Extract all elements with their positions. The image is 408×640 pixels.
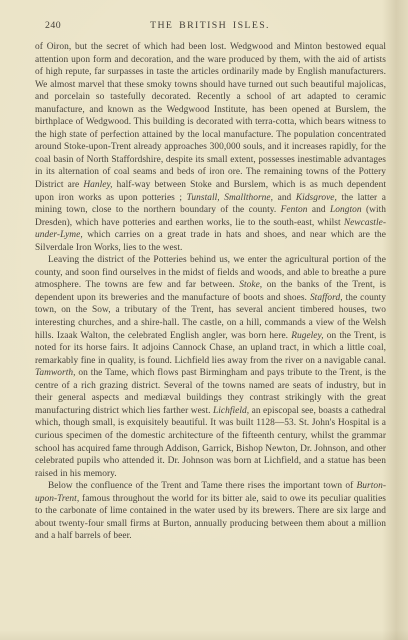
body-text: an episcopal see, boasts a cathedral whi… — [35, 406, 386, 479]
body-text: of Oiron, but the secret of which had be… — [35, 42, 386, 190]
place-name-italic: Kidsgrove, — [296, 193, 337, 203]
running-title: THE BRITISH ISLES. — [35, 20, 385, 32]
place-name-italic: Rugeley, — [291, 331, 323, 341]
place-name-italic: Lichfield, — [213, 406, 249, 416]
place-name-italic: Stafford, — [310, 293, 343, 303]
page-edge-shadow-bottom — [0, 630, 408, 640]
body-text: famous throughout the world for its bitt… — [35, 494, 386, 542]
body-text: and — [273, 193, 296, 203]
place-name-italic: Hanley, — [83, 180, 112, 190]
paragraph: Below the confluence of the Trent and Ta… — [35, 480, 386, 543]
body-text: which carries on a great trade in hats a… — [35, 230, 386, 253]
body-text: Below the confluence of the Trent and Ta… — [48, 481, 356, 491]
place-name-italic: Stoke, — [239, 280, 262, 290]
paragraph: of Oiron, but the secret of which had be… — [35, 41, 386, 254]
place-name-italic: Tamworth, — [35, 368, 76, 378]
running-head: 240 THE BRITISH ISLES. — [35, 20, 385, 32]
book-page: 240 THE BRITISH ISLES. of Oiron, but the… — [0, 0, 408, 640]
place-name-italic: Longton — [330, 205, 362, 215]
place-name-italic: Fenton — [281, 205, 308, 215]
paragraph: Leaving the district of the Potteries be… — [35, 254, 386, 480]
place-name-italic: Tunstall, Smallthorne, — [187, 193, 273, 203]
body-text: and — [308, 205, 330, 215]
text-block: of Oiron, but the secret of which had be… — [35, 41, 386, 543]
